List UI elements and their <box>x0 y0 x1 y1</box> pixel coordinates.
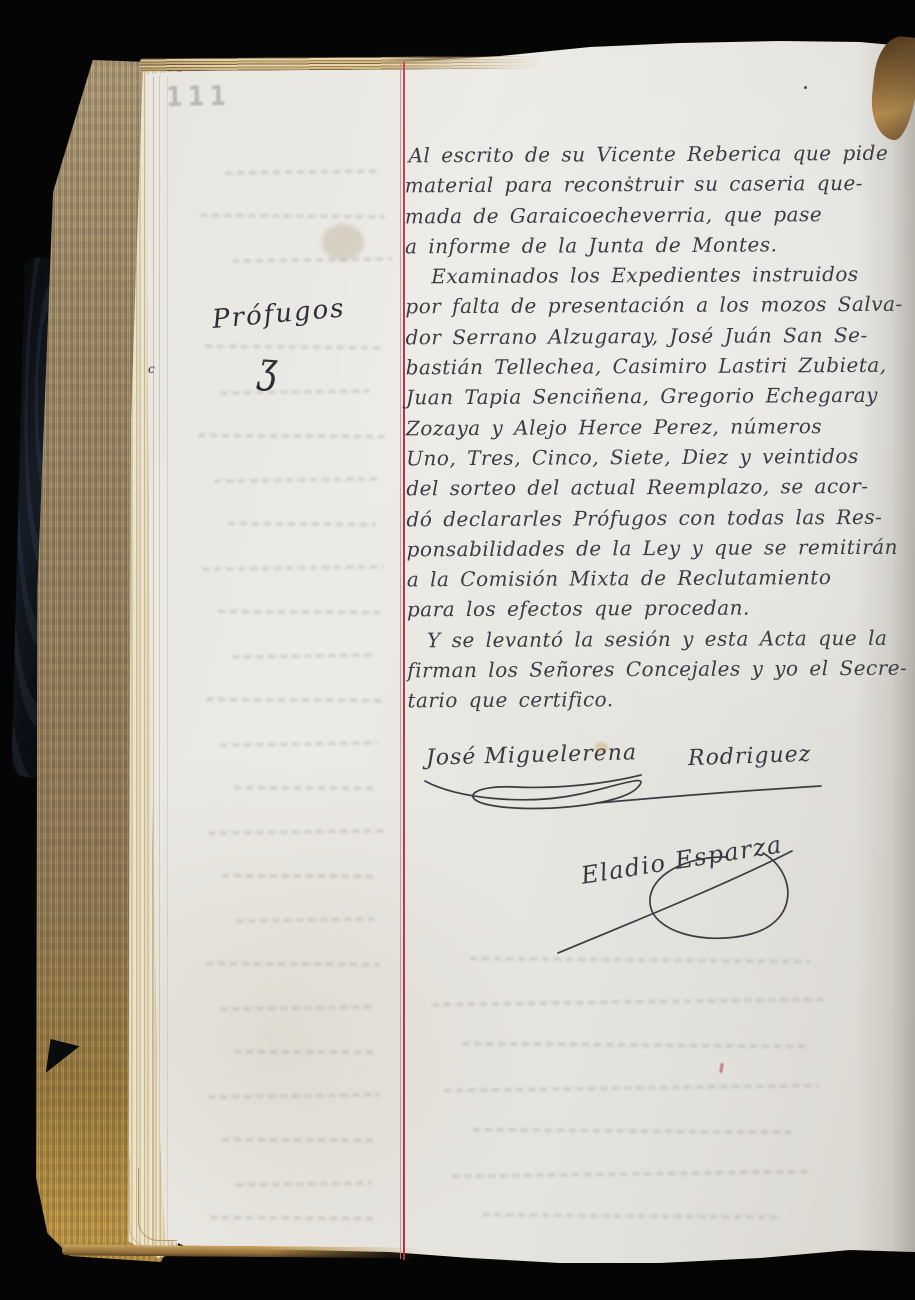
manuscript-line: dó declararles Prófugos con todas las Re… <box>406 501 914 534</box>
manuscript-line: ponsabilidades de la Ley y que se remiti… <box>407 532 915 565</box>
under-page-edge-line <box>167 76 168 1244</box>
manuscript-line: del sorteo del actual Reemplazo, se acor… <box>406 471 914 504</box>
manuscript-line: Zozaya y Alejo Herce Perez, números <box>406 410 914 443</box>
manuscript-line: para los efectos que procedan. <box>407 592 915 625</box>
under-page-edge-line <box>153 76 154 1244</box>
paper-stain <box>322 224 364 260</box>
manuscript-line: Juan Tapia Senciñena, Gregorio Echegaray <box>406 380 914 413</box>
manuscript-line: Al escrito de su Vicente Reberica que pi… <box>404 138 912 171</box>
manuscript-text: Al escrito de su Vicente Reberica que pi… <box>404 138 915 716</box>
underline-rodriguez <box>597 786 821 803</box>
manuscript-line: Y se levantó la sesión y esta Acta que l… <box>407 622 915 655</box>
signature-flourishes <box>405 735 885 970</box>
manuscript-line: dor Serrano Alzugaray, José Juán San Se- <box>405 319 913 352</box>
manuscript-line: bastián Tellechea, Casimiro Lastiri Zubi… <box>406 350 914 383</box>
margin-pen-mark: c <box>148 362 155 376</box>
stroke-esparza <box>558 851 792 953</box>
nested-corner-arc <box>138 1168 177 1241</box>
manuscript-line: Uno, Tres, Cinco, Siete, Diez y veintido… <box>406 441 914 474</box>
manuscript-line: firman los Señores Concejales y yo el Se… <box>407 653 915 686</box>
manuscript-line: Examinados los Expedientes instruidos <box>405 259 913 292</box>
manuscript-line: a informe de la Junta de Montes. <box>405 229 913 262</box>
faint-page-number: 111 <box>166 79 232 113</box>
margin-rule-thin <box>400 63 401 1259</box>
loop-esparza <box>650 853 788 938</box>
photographed-manuscript-scene: 111 c Prófugos ʒ Al escrito de su Vicent… <box>0 0 915 1300</box>
ink-speck <box>804 86 807 89</box>
flourish-miguelerena <box>425 775 641 809</box>
manuscript-line: tario que certifico. <box>407 683 915 716</box>
manuscript-line: por falta de presentación a los mozos Sa… <box>405 289 913 322</box>
manuscript-line: mada de Garaicoecheverria, que pase <box>405 198 913 231</box>
manuscript-line: a la Comisión Mixta de Reclutamiento <box>407 562 915 595</box>
under-page-edge-line <box>159 76 160 1244</box>
manuscript-line: material para reconstruir su caseria que… <box>405 168 913 201</box>
margin-note-flourish-icon: ʒ <box>256 342 279 393</box>
